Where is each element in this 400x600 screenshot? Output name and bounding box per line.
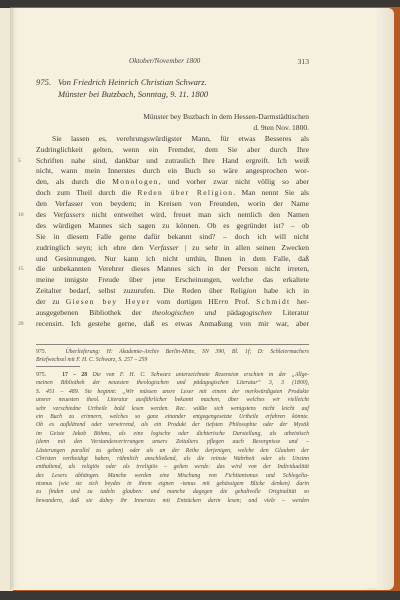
body-line-text: | zu sehr in allen seinen Zwecken xyxy=(179,243,309,252)
dateline-date: d. 9ten Nov. 1800. xyxy=(36,123,309,134)
page-number: 313 xyxy=(298,57,309,66)
body-line: Zeitalter bedarf, selbst zuzurufen. Die … xyxy=(36,286,309,297)
body-line: Zudringlichkeit gelten, wenn ein Fremder… xyxy=(36,145,309,156)
body-line-text: des Ver xyxy=(36,210,64,219)
letter-number: 975. xyxy=(36,76,51,88)
body-line: nicht, wann mein Innerstes durch ein Buc… xyxy=(36,166,309,177)
letter-heading-place-date: Münster bei Butzbach, Sonntag, 9. 11. 18… xyxy=(58,88,208,100)
body-line: ausgegebenen Bibliothek der theologische… xyxy=(36,308,309,319)
footnote-line: meinen Bibliothek der neuesten theologis… xyxy=(36,379,309,387)
line-number: 15 xyxy=(18,264,28,275)
body-line-text: die unbekannten Verehrer dieses Mannes s… xyxy=(36,264,309,273)
body-line-text: . Man nennt Sie als xyxy=(233,188,309,197)
body-line-italic: ion xyxy=(247,286,257,295)
footnote-text: Die von F. H. C. Schwarz unterzeichnete … xyxy=(93,372,310,378)
person-name-spaced: Schmidt xyxy=(256,297,290,306)
body-line-italic: fassers xyxy=(64,210,85,219)
body-line: 20 recensirt. Ich gestehe gerne, daß es … xyxy=(36,319,309,330)
body-line-text: Schriften nahe sind, dankbar und zutraul… xyxy=(36,156,309,165)
running-head: Oktober/November 1800 313 xyxy=(36,55,309,69)
line-number: 20 xyxy=(18,319,28,330)
footnote-line: ein Buch zu erinnern, welches so ganz ei… xyxy=(36,413,309,421)
body-line-text: den, als durch die xyxy=(36,177,105,186)
apparatus-footnote: 975. Überlieferung: H: Akademie-Archiv B… xyxy=(36,348,309,365)
dateline: Münster bey Buzbach in dem Hessen-Darmst… xyxy=(36,112,309,123)
body-line-text: Prof. xyxy=(228,297,249,306)
footnote-line: Lästerungen parallel zu geben) oder als … xyxy=(36,447,309,455)
body-line-text: her- xyxy=(290,297,309,306)
body-line: Sie in diesem Falle gerne dafür bekannt … xyxy=(36,232,309,243)
body-line-text: Literatur xyxy=(272,308,309,317)
footnote-line: 975. Überlieferung: H: Akademie-Archiv B… xyxy=(36,348,309,356)
running-head-title: Oktober/November 1800 xyxy=(129,57,200,65)
commentary-rule xyxy=(36,366,80,367)
footnote-line: sehr verschiedne Urtheile bald lesen wer… xyxy=(36,405,309,413)
body-line-text: ausgegebenen Bibliothek der xyxy=(36,308,152,317)
body-line: den Verfasser von beydem; in Kreisen von… xyxy=(36,199,309,210)
body-line: den, als durch die Monologen, und vorher… xyxy=(36,177,309,188)
body-line-italic: gischen xyxy=(249,308,272,317)
body-line-text: zudringlich seyn; ich ehre den V xyxy=(36,243,154,252)
body-line-text: habe ich in xyxy=(256,286,309,295)
book-title-monologen: Monologen xyxy=(112,177,159,186)
body-line: Sie lassen es, verehrungswürdigster Mann… xyxy=(36,134,309,145)
body-line-text: der zu xyxy=(36,297,59,306)
body-line-text: , und vorher zwar nicht völlig so aber xyxy=(159,177,309,186)
commentary-footnote: 975. 17 – 28 Die von F. H. C. Schwarz un… xyxy=(36,371,309,505)
body-line-italic: erfasser xyxy=(154,243,178,252)
body-line-text: vom dortigen HE xyxy=(150,297,218,306)
footnote-line: im Geiste Jakob Böhms, als eine logische… xyxy=(36,430,309,438)
footnote-line: unsrer neuesten theol. Literatur ausführ… xyxy=(36,396,309,404)
place-publisher-spaced: Giesen bey Heyer xyxy=(66,297,150,306)
footnote-line: enthaltend, als religiös oder als irreli… xyxy=(36,463,309,471)
letter-heading-sender: Von Friedrich Heinrich Christian Schwarz… xyxy=(58,76,207,88)
book-title-reden: Reden über Religion xyxy=(137,188,233,197)
footnote-line: Briefwechsel mit F. H. C. Schwarz, S. 25… xyxy=(36,356,309,364)
body-line: 5 Schriften nahe sind, dankbar und zutra… xyxy=(36,156,309,167)
body-line: zudringlich seyn; ich ehre den Verfasser… xyxy=(36,243,309,254)
body-line-italic: rrn xyxy=(218,297,228,306)
body-line: der zu Giesen bey Heyer vom dortigen HEr… xyxy=(36,297,309,308)
body-line-text: doch zum Theil durch die xyxy=(36,188,131,197)
body-line-italic: theologischen und xyxy=(152,308,216,317)
line-number: 5 xyxy=(18,156,28,167)
footnote-line: bewundern, daß sie dabey ihr Innerstes m… xyxy=(36,497,309,505)
footnote-line: S. 451 – 489. Sie beginnt: „Wir müssen u… xyxy=(36,388,309,396)
footnote-line: des Lesers abhängen. Manche werden eine … xyxy=(36,472,309,480)
body-line: des würdigen Mannes sich sagen zu können… xyxy=(36,221,309,232)
footnote-text: Überlieferung: H: Akademie-Archiv Berlin… xyxy=(65,349,309,355)
body-line: meine innigste Freude über jene Erschein… xyxy=(36,275,309,286)
footnote-line: Ob es aufklärend oder verwirrend, als ei… xyxy=(36,421,309,429)
footnote-number: 975. xyxy=(36,372,46,378)
body-line: 15 die unbekannten Verehrer dieses Manne… xyxy=(36,264,309,275)
letter-body: Münster bey Buzbach in dem Hessen-Darmst… xyxy=(36,112,309,330)
footnote-rule xyxy=(36,344,309,345)
body-line: und Gesinnungen. Nur kann ich nicht umhi… xyxy=(36,254,309,265)
footnote-line: Christen vertheidigt haben, rühmlich ans… xyxy=(36,455,309,463)
body-line-text: nicht entweihet wird, freuet man sich ne… xyxy=(85,210,309,219)
body-line-text: recensirt. Ich gestehe gerne, daß es etw… xyxy=(36,319,309,328)
footnote-number: 975. xyxy=(36,349,46,355)
line-range: 17 – 28 xyxy=(62,372,87,378)
footnote-line: nismus (wie sie sich beydes in ihrem eig… xyxy=(36,480,309,488)
body-line: 10 des Verfassers nicht entweihet wird, … xyxy=(36,210,309,221)
line-number: 10 xyxy=(18,210,28,221)
body-line-text: pädago xyxy=(216,308,249,317)
footnote-line: zu finden und zu tadeln glauben: und man… xyxy=(36,488,309,496)
body-line-text: Zeitalter bedarf, selbst zuzurufen. Die … xyxy=(36,286,247,295)
gutter-shadow xyxy=(10,8,14,590)
body-line: doch zum Theil durch die Reden über Reli… xyxy=(36,188,309,199)
footnote-line: 975. 17 – 28 Die von F. H. C. Schwarz un… xyxy=(36,371,309,379)
footnote-line: (denn mit den Verstandesverirrungen unse… xyxy=(36,438,309,446)
